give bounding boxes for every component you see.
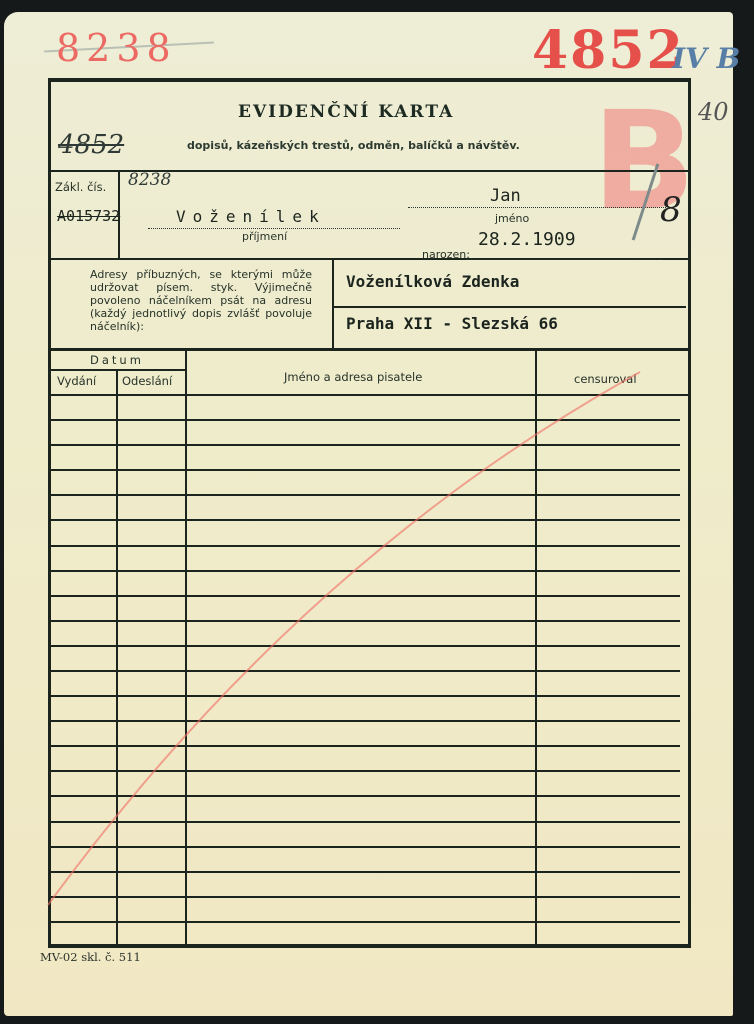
table-row-line [50, 519, 680, 521]
old-prisoner-number: A015732 [57, 207, 120, 225]
table-row-line [50, 469, 680, 471]
table-row-line [50, 921, 680, 923]
form-frame [48, 78, 691, 948]
stamp-number-top-left: 8238 [56, 26, 177, 70]
column-divider [185, 350, 187, 946]
table-row-line [50, 545, 680, 547]
first-name-field: Jan [490, 186, 521, 206]
table-row-line [50, 645, 680, 647]
table-row-line [50, 795, 680, 797]
column-divider [535, 350, 537, 946]
handwritten-header-number: 4852 [58, 130, 124, 160]
table-row-line [50, 444, 680, 446]
handwritten-margin-number: 40 [698, 98, 729, 126]
firstname-dotted-line [408, 207, 666, 208]
page-subtitle: dopisů, kázeňských trestů, odměn, balíčk… [187, 139, 520, 152]
table-row-line [50, 846, 680, 848]
surname-caption: příjmení [242, 230, 287, 243]
table-row-line [50, 670, 680, 672]
first-name-caption: jméno [495, 212, 529, 225]
column-header-vydani: Vydání [57, 374, 96, 388]
header-divider [48, 394, 691, 396]
table-row-line [50, 745, 680, 747]
column-divider [116, 370, 118, 946]
birth-caption: narozen: [422, 248, 470, 261]
table-row-line [50, 570, 680, 572]
relative-name: Voženílková Zdenka [346, 272, 519, 291]
divider [48, 348, 691, 351]
table-row-line [50, 770, 680, 772]
column-header-odeslani: Odeslání [122, 374, 172, 388]
birth-date-field: 28.2.1909 [478, 229, 576, 250]
table-row-line [50, 494, 680, 496]
surname-dotted-line [148, 228, 400, 229]
table-row-line [50, 871, 680, 873]
handwritten-base-number: 8238 [128, 170, 171, 190]
divider [332, 258, 334, 350]
divider [334, 306, 686, 308]
table-row-line [50, 695, 680, 697]
relative-address: Praha XII - Slezská 66 [346, 314, 558, 333]
column-header-jmeno-adresa: Jméno a adresa pisatele [284, 370, 422, 384]
column-group-datum: Datum [90, 353, 144, 367]
table-row-line [50, 620, 680, 622]
form-code: MV-02 skl. č. 511 [40, 950, 141, 964]
page-title: EVIDENČNÍ KARTA [238, 102, 454, 122]
surname-field: Voženílek [176, 207, 326, 226]
birth-dotted-line [466, 259, 662, 260]
table-row-line [50, 595, 680, 597]
table-row-line [50, 896, 680, 898]
table-row-line [50, 720, 680, 722]
column-header-censuroval: censuroval [574, 372, 637, 386]
divider [50, 369, 186, 371]
table-row-line [50, 821, 680, 823]
table-row-line [50, 419, 680, 421]
relatives-instructions: Adresy příbuzných, se kterými může udržo… [90, 268, 312, 333]
handwritten-fraction-number: 8 [660, 190, 682, 230]
base-number-label: Zákl. čís. [55, 180, 106, 194]
stamp-number-top-right: 4852 [532, 20, 685, 81]
handwritten-category: IV B [672, 42, 740, 75]
